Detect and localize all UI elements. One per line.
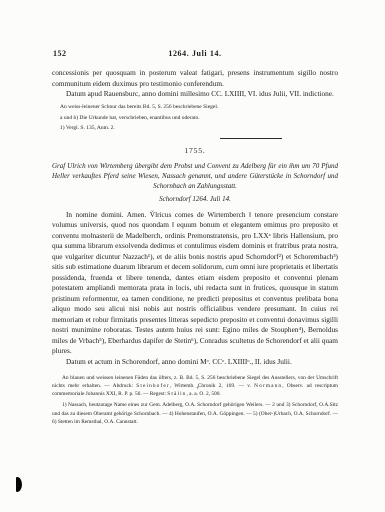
bibliography-text-segment: , a. a. O. 2, 500. <box>186 391 220 397</box>
reference-note: 1) Vergl. S. 135, Anm. 2. <box>60 125 338 132</box>
charter-regest-dateline: Schorndorf 1264. Juli 14. <box>52 195 338 203</box>
page-number: 152 <box>53 49 67 58</box>
book-page: 152 1264. Juli 14. concessionis per quos… <box>0 0 385 512</box>
seal-note: An weiss-leinener Schnur das bereits Bd.… <box>60 104 338 111</box>
charter-number-heading: 1755. <box>52 146 338 155</box>
previous-charter-closing-text: concessionis per quosquam in posterum va… <box>52 68 338 89</box>
author-name-normann: Normann <box>254 383 282 389</box>
apparatus-place-footnotes: 1) Nassach, heutzutage Name eines zur Ge… <box>52 401 338 425</box>
previous-charter-dateline: Datum apud Rauensburc, anno domini mille… <box>52 89 338 100</box>
charter-regest: Graf Ulrich von Wirtemberg übergibt dem … <box>52 161 338 192</box>
apparatus-seal-bibliography: An blauen und weissen leinenen Fäden das… <box>52 374 338 398</box>
charter-dateline: Datum et actum in Schorendorf, anno domi… <box>52 357 338 368</box>
running-head: 152 1264. Juli 14. <box>52 49 338 59</box>
author-name-steinhofer: Steinhofer <box>136 383 169 389</box>
charter-1755: 1755. Graf Ulrich von Wirtemberg übergib… <box>52 146 338 426</box>
previous-charter-end: concessionis per quosquam in posterum va… <box>52 68 338 133</box>
correction-cross-mark: + <box>196 386 199 392</box>
charter-body-text: In nomine domini. Amen. V̌lricus comes d… <box>52 210 338 357</box>
ink-blot-artifact <box>16 477 22 492</box>
bibliography-text-segment: , Wirtemb. Chronik 2, 169. — v. <box>170 383 254 389</box>
scribal-variants-note: a und b) Die Urkunde hat, verschrieben, … <box>60 115 338 122</box>
section-divider <box>220 138 282 139</box>
running-head-date: 1264. Juli 14. <box>52 49 338 58</box>
author-name-staelin: Stälin <box>167 391 186 397</box>
